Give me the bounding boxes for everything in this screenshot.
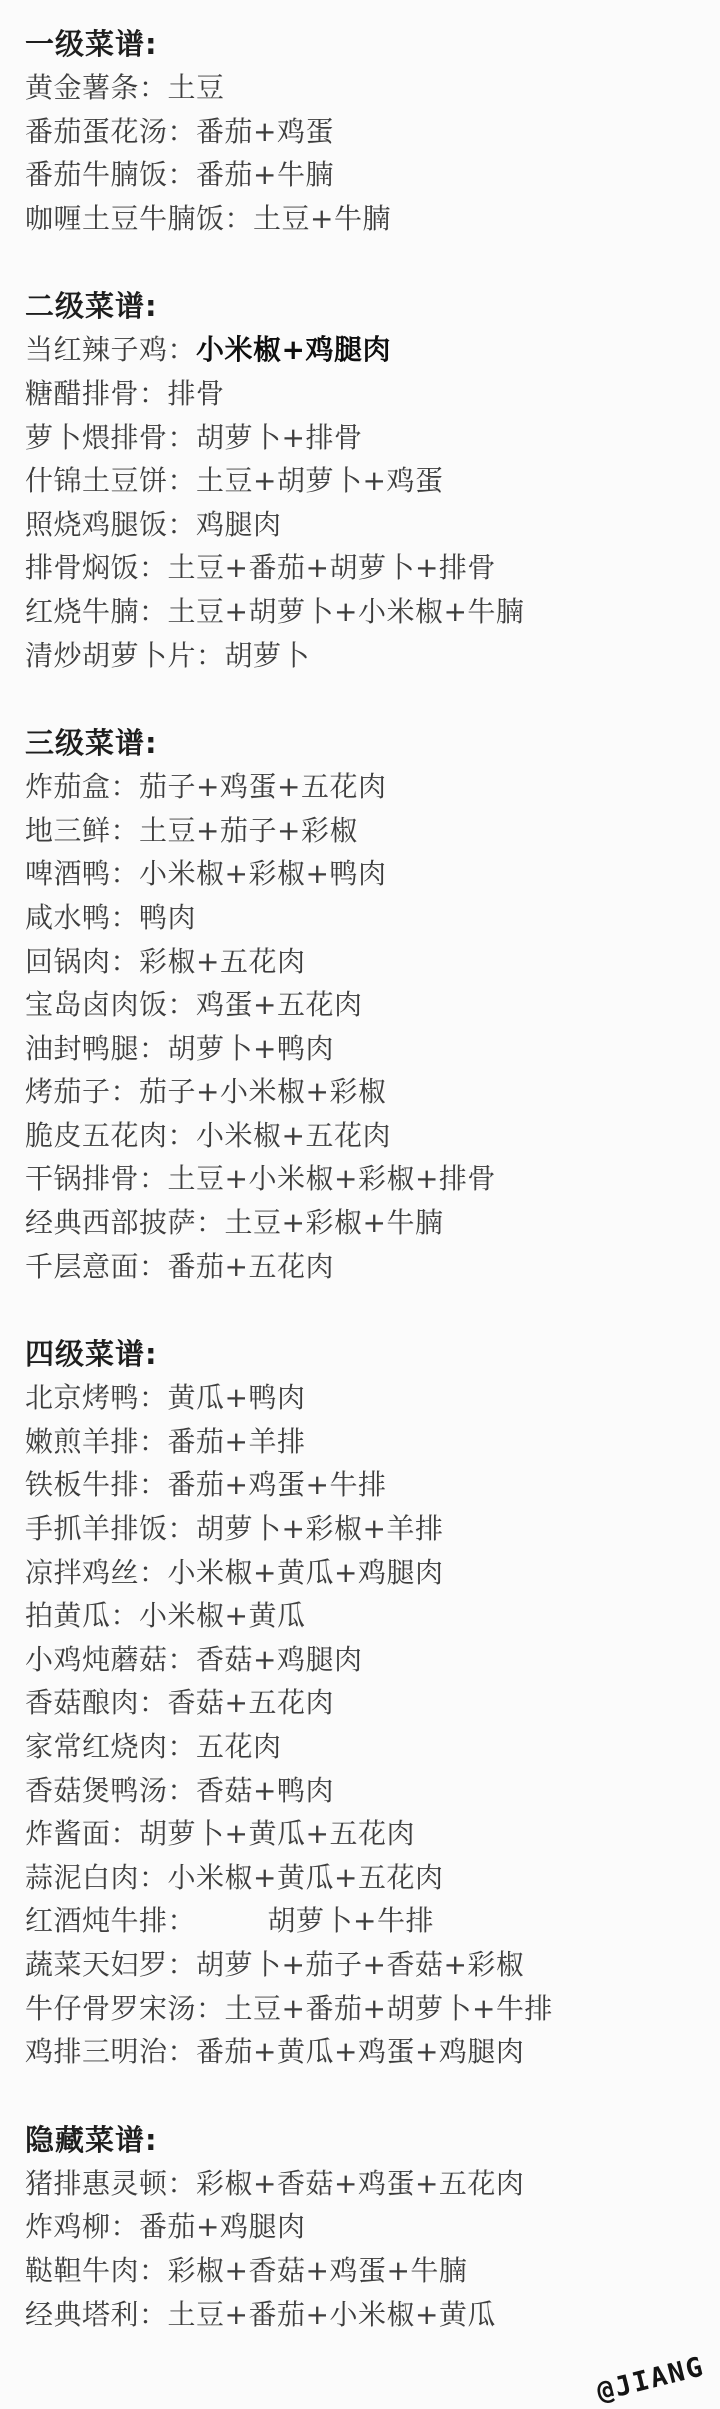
- recipe-section: 一级菜谱:黄金薯条：土豆番茄蛋花汤：番茄+鸡蛋番茄牛腩饭：番茄+牛腩咖喱土豆牛腩…: [25, 22, 706, 240]
- section-title: 一级菜谱:: [25, 22, 706, 66]
- dish-name: 猪排惠灵顿：: [25, 2167, 196, 2200]
- recipe-row: 宝岛卤肉饭：鸡蛋+五花肉: [25, 983, 706, 1027]
- ingredients: 香菇+鸭肉: [196, 1774, 334, 1807]
- ingredients: 小米椒+彩椒+鸭肉: [139, 857, 386, 890]
- dish-name: 小鸡炖蘑菇：: [25, 1643, 196, 1676]
- recipe-row: 拍黄瓜：小米椒+黄瓜: [25, 1594, 706, 1638]
- section-title: 隐藏菜谱:: [25, 2118, 706, 2162]
- recipe-row: 烤茄子：茄子+小米椒+彩椒: [25, 1070, 706, 1114]
- dish-name: 经典西部披萨：: [25, 1206, 225, 1239]
- dish-name: 啤酒鸭：: [25, 857, 139, 890]
- recipe-row: 香菇酿肉：香菇+五花肉: [25, 1681, 706, 1725]
- dish-name: 咸水鸭：: [25, 901, 139, 934]
- recipe-row: 当红辣子鸡：小米椒+鸡腿肉: [25, 328, 706, 372]
- ingredients: 小米椒+黄瓜+鸡腿肉: [168, 1556, 444, 1589]
- ingredients: 土豆+胡萝卜+鸡蛋: [196, 464, 443, 497]
- dish-name: 铁板牛排：: [25, 1468, 168, 1501]
- ingredients: 土豆+番茄+小米椒+黄瓜: [168, 2298, 496, 2331]
- recipe-row: 脆皮五花肉：小米椒+五花肉: [25, 1114, 706, 1158]
- dish-name: 香菇酿肉：: [25, 1686, 168, 1719]
- recipe-row: 干锅排骨：土豆+小米椒+彩椒+排骨: [25, 1157, 706, 1201]
- ingredients: 番茄+牛腩: [196, 158, 334, 191]
- recipe-row: 咖喱土豆牛腩饭：土豆+牛腩: [25, 197, 706, 241]
- ingredients: 土豆+彩椒+牛腩: [225, 1206, 444, 1239]
- ingredients: 小米椒+黄瓜+五花肉: [168, 1861, 444, 1894]
- ingredients: 番茄+黄瓜+鸡蛋+鸡腿肉: [196, 2035, 524, 2068]
- ingredients: 彩椒+五花肉: [139, 945, 305, 978]
- dish-name: 炸酱面：: [25, 1817, 139, 1850]
- ingredients: 胡萝卜+茄子+香菇+彩椒: [196, 1948, 524, 1981]
- ingredients: 鸡蛋+五花肉: [196, 988, 362, 1021]
- recipe-row: 香菇煲鸭汤：香菇+鸭肉: [25, 1769, 706, 1813]
- recipe-row: 猪排惠灵顿：彩椒+香菇+鸡蛋+五花肉: [25, 2162, 706, 2206]
- ingredients: 番茄+五花肉: [168, 1250, 334, 1283]
- ingredients: 土豆+胡萝卜+小米椒+牛腩: [168, 595, 525, 628]
- ingredients: 小米椒+黄瓜: [139, 1599, 305, 1632]
- ingredients: 胡萝卜+彩椒+羊排: [196, 1512, 443, 1545]
- recipe-row: 蒜泥白肉：小米椒+黄瓜+五花肉: [25, 1856, 706, 1900]
- dish-name: 千层意面：: [25, 1250, 168, 1283]
- recipe-row: 清炒胡萝卜片：胡萝卜: [25, 634, 706, 678]
- recipe-row: 小鸡炖蘑菇：香菇+鸡腿肉: [25, 1638, 706, 1682]
- dish-name: 清炒胡萝卜片：: [25, 639, 225, 672]
- recipe-row: 照烧鸡腿饭：鸡腿肉: [25, 503, 706, 547]
- ingredients: 土豆+牛腩: [253, 202, 391, 235]
- recipe-row: 回锅肉：彩椒+五花肉: [25, 940, 706, 984]
- recipe-row: 啤酒鸭：小米椒+彩椒+鸭肉: [25, 852, 706, 896]
- dish-name: 番茄蛋花汤：: [25, 115, 196, 148]
- section-title: 四级菜谱:: [25, 1332, 706, 1376]
- dish-name: 鸡排三明治：: [25, 2035, 196, 2068]
- recipe-row: 糖醋排骨：排骨: [25, 372, 706, 416]
- dish-name: 番茄牛腩饭：: [25, 158, 196, 191]
- dish-name: 宝岛卤肉饭：: [25, 988, 196, 1021]
- ingredients: 胡萝卜+黄瓜+五花肉: [139, 1817, 415, 1850]
- dish-name: 排骨焖饭：: [25, 551, 168, 584]
- recipe-row: 番茄牛腩饭：番茄+牛腩: [25, 153, 706, 197]
- dish-name: 蒜泥白肉：: [25, 1861, 168, 1894]
- ingredients: 茄子+小米椒+彩椒: [139, 1075, 386, 1108]
- dish-name: 鞑靼牛肉：: [25, 2254, 168, 2287]
- dish-name: 回锅肉：: [25, 945, 139, 978]
- ingredients: 香菇+五花肉: [168, 1686, 334, 1719]
- ingredients: 番茄+鸡腿肉: [139, 2210, 305, 2243]
- recipe-row: 什锦土豆饼：土豆+胡萝卜+鸡蛋: [25, 459, 706, 503]
- recipe-row: 凉拌鸡丝：小米椒+黄瓜+鸡腿肉: [25, 1551, 706, 1595]
- ingredients: 番茄+羊排: [168, 1425, 306, 1458]
- recipe-section: 四级菜谱:北京烤鸭：黄瓜+鸭肉嫩煎羊排：番茄+羊排铁板牛排：番茄+鸡蛋+牛排手抓…: [25, 1332, 706, 2074]
- dish-name: 干锅排骨：: [25, 1162, 168, 1195]
- dish-name: 炸鸡柳：: [25, 2210, 139, 2243]
- dish-name: 萝卜煨排骨：: [25, 421, 196, 454]
- dish-name: 凉拌鸡丝：: [25, 1556, 168, 1589]
- recipe-section: 三级菜谱:炸茄盒：茄子+鸡蛋+五花肉地三鲜：土豆+茄子+彩椒啤酒鸭：小米椒+彩椒…: [25, 721, 706, 1288]
- ingredients: 胡萝卜: [225, 639, 311, 672]
- recipe-row: 牛仔骨罗宋汤：土豆+番茄+胡萝卜+牛排: [25, 1987, 706, 2031]
- dish-name: 什锦土豆饼：: [25, 464, 196, 497]
- section-title: 三级菜谱:: [25, 721, 706, 765]
- dish-name: 咖喱土豆牛腩饭：: [25, 202, 253, 235]
- recipe-row: 黄金薯条：土豆: [25, 66, 706, 110]
- ingredients: 小米椒+五花肉: [196, 1119, 391, 1152]
- dish-name: 糖醋排骨：: [25, 377, 168, 410]
- recipe-row: 炸酱面：胡萝卜+黄瓜+五花肉: [25, 1812, 706, 1856]
- watermark: @JIANG: [594, 2351, 708, 2408]
- ingredients: 胡萝卜+排骨: [196, 421, 362, 454]
- recipe-note: 一级菜谱:黄金薯条：土豆番茄蛋花汤：番茄+鸡蛋番茄牛腩饭：番茄+牛腩咖喱土豆牛腩…: [0, 0, 720, 2409]
- recipe-row: 嫩煎羊排：番茄+羊排: [25, 1420, 706, 1464]
- dish-name: 经典塔利：: [25, 2298, 168, 2331]
- recipe-row: 炸鸡柳：番茄+鸡腿肉: [25, 2205, 706, 2249]
- dish-name: 牛仔骨罗宋汤：: [25, 1992, 225, 2025]
- dish-name: 油封鸭腿：: [25, 1032, 168, 1065]
- ingredients: 黄瓜+鸭肉: [168, 1381, 306, 1414]
- ingredients: 鸭肉: [139, 901, 196, 934]
- ingredients: 番茄+鸡蛋+牛排: [168, 1468, 387, 1501]
- recipe-row: 排骨焖饭：土豆+番茄+胡萝卜+排骨: [25, 546, 706, 590]
- dish-name: 红烧牛腩：: [25, 595, 168, 628]
- recipe-row: 经典塔利：土豆+番茄+小米椒+黄瓜: [25, 2293, 706, 2337]
- ingredients: 土豆+茄子+彩椒: [139, 814, 358, 847]
- recipe-row: 千层意面：番茄+五花肉: [25, 1245, 706, 1289]
- recipe-row: 番茄蛋花汤：番茄+鸡蛋: [25, 110, 706, 154]
- ingredients: 香菇+鸡腿肉: [196, 1643, 362, 1676]
- ingredients: 胡萝卜+鸭肉: [168, 1032, 334, 1065]
- ingredients: 排骨: [168, 377, 225, 410]
- dish-name: 蔬菜天妇罗：: [25, 1948, 196, 1981]
- ingredients: 胡萝卜+牛排: [182, 1904, 434, 1937]
- ingredients: 土豆+番茄+胡萝卜+排骨: [168, 551, 496, 584]
- recipe-row: 铁板牛排：番茄+鸡蛋+牛排: [25, 1463, 706, 1507]
- dish-name: 红酒炖牛排：: [25, 1904, 182, 1937]
- recipe-row: 红烧牛腩：土豆+胡萝卜+小米椒+牛腩: [25, 590, 706, 634]
- section-title: 二级菜谱:: [25, 284, 706, 328]
- dish-name: 黄金薯条：: [25, 71, 168, 104]
- ingredients: 彩椒+香菇+鸡蛋+五花肉: [196, 2167, 524, 2200]
- ingredients: 土豆: [168, 71, 225, 104]
- dish-name: 脆皮五花肉：: [25, 1119, 196, 1152]
- recipe-row: 鸡排三明治：番茄+黄瓜+鸡蛋+鸡腿肉: [25, 2030, 706, 2074]
- ingredients: 土豆+番茄+胡萝卜+牛排: [225, 1992, 553, 2025]
- dish-name: 烤茄子：: [25, 1075, 139, 1108]
- ingredients: 番茄+鸡蛋: [196, 115, 334, 148]
- recipe-row: 地三鲜：土豆+茄子+彩椒: [25, 809, 706, 853]
- recipe-row: 北京烤鸭：黄瓜+鸭肉: [25, 1376, 706, 1420]
- recipe-row: 咸水鸭：鸭肉: [25, 896, 706, 940]
- ingredients: 鸡腿肉: [196, 508, 282, 541]
- dish-name: 手抓羊排饭：: [25, 1512, 196, 1545]
- recipe-row: 蔬菜天妇罗：胡萝卜+茄子+香菇+彩椒: [25, 1943, 706, 1987]
- dish-name: 照烧鸡腿饭：: [25, 508, 196, 541]
- dish-name: 香菇煲鸭汤：: [25, 1774, 196, 1807]
- recipe-row: 经典西部披萨：土豆+彩椒+牛腩: [25, 1201, 706, 1245]
- dish-name: 当红辣子鸡：: [25, 333, 196, 366]
- recipe-row: 炸茄盒：茄子+鸡蛋+五花肉: [25, 765, 706, 809]
- recipe-row: 手抓羊排饭：胡萝卜+彩椒+羊排: [25, 1507, 706, 1551]
- dish-name: 北京烤鸭：: [25, 1381, 168, 1414]
- recipe-list: 一级菜谱:黄金薯条：土豆番茄蛋花汤：番茄+鸡蛋番茄牛腩饭：番茄+牛腩咖喱土豆牛腩…: [25, 22, 706, 2336]
- dish-name: 炸茄盒：: [25, 770, 139, 803]
- recipe-section: 二级菜谱:当红辣子鸡：小米椒+鸡腿肉糖醋排骨：排骨萝卜煨排骨：胡萝卜+排骨什锦土…: [25, 284, 706, 677]
- recipe-row: 萝卜煨排骨：胡萝卜+排骨: [25, 416, 706, 460]
- ingredients: 彩椒+香菇+鸡蛋+牛腩: [168, 2254, 468, 2287]
- ingredients: 茄子+鸡蛋+五花肉: [139, 770, 386, 803]
- ingredients: 土豆+小米椒+彩椒+排骨: [168, 1162, 496, 1195]
- recipe-row: 家常红烧肉：五花肉: [25, 1725, 706, 1769]
- recipe-section: 隐藏菜谱:猪排惠灵顿：彩椒+香菇+鸡蛋+五花肉炸鸡柳：番茄+鸡腿肉鞑靼牛肉：彩椒…: [25, 2118, 706, 2336]
- dish-name: 拍黄瓜：: [25, 1599, 139, 1632]
- dish-name: 地三鲜：: [25, 814, 139, 847]
- recipe-row: 鞑靼牛肉：彩椒+香菇+鸡蛋+牛腩: [25, 2249, 706, 2293]
- dish-name: 家常红烧肉：: [25, 1730, 196, 1763]
- recipe-row: 红酒炖牛排： 胡萝卜+牛排: [25, 1899, 706, 1943]
- recipe-row: 油封鸭腿：胡萝卜+鸭肉: [25, 1027, 706, 1071]
- ingredients: 五花肉: [196, 1730, 282, 1763]
- ingredients: 小米椒+鸡腿肉: [196, 333, 391, 366]
- dish-name: 嫩煎羊排：: [25, 1425, 168, 1458]
